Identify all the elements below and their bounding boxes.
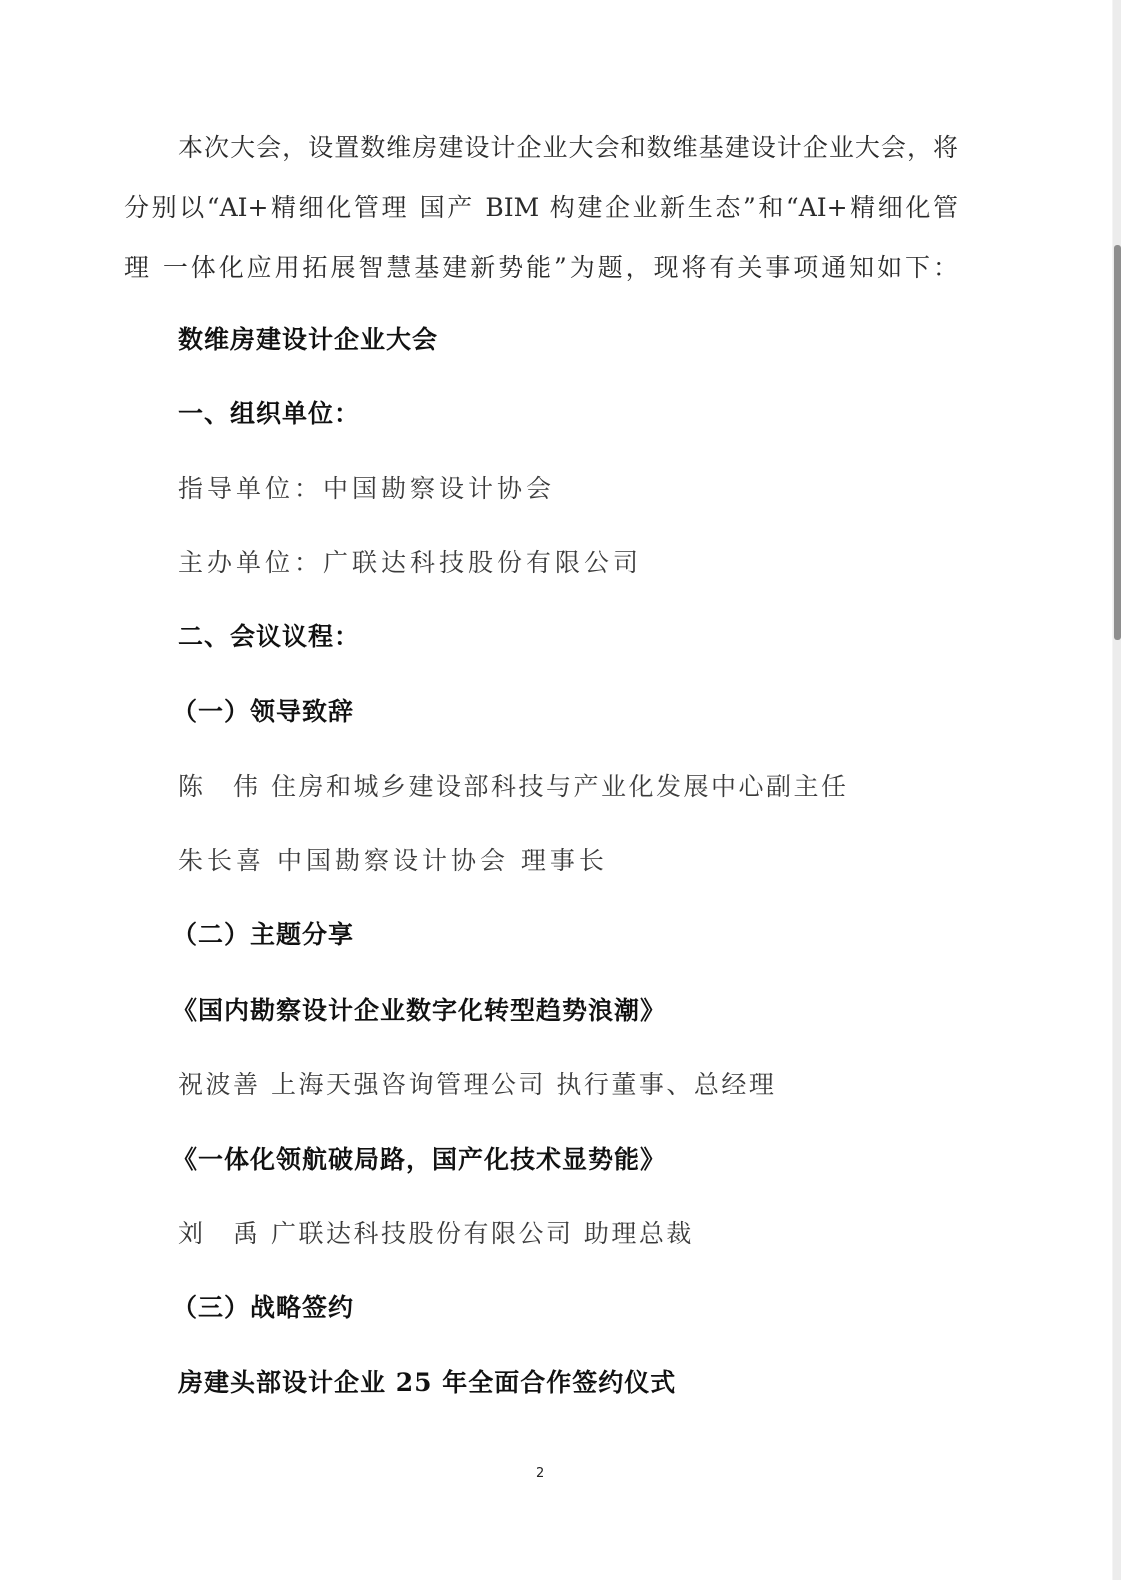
intro-paragraph-line-2: 分别以“AI+精细化管理 国产 BIM 构建企业新生态”和“AI+精细化管 xyxy=(124,193,958,223)
section-heading-organizers: 一、组织单位： xyxy=(178,399,360,429)
subsection-heading-leader-speeches: （一）领导致辞 xyxy=(172,697,354,727)
scrollbar-thumb[interactable] xyxy=(1114,245,1121,640)
vertical-scrollbar[interactable] xyxy=(1112,0,1121,1580)
subsection-heading-strategic-signing: （三）战略签约 xyxy=(172,1293,354,1323)
talk-speaker: 刘 禹 广联达科技股份有限公司 助理总裁 xyxy=(178,1219,694,1249)
talk-title: 《一体化领航破局路，国产化技术显势能》 xyxy=(172,1145,666,1175)
subsection-heading-keynotes: （二）主题分享 xyxy=(172,920,354,950)
speaker-line: 朱长喜 中国勘察设计协会 理事长 xyxy=(178,846,608,876)
guiding-unit: 指导单位：中国勘察设计协会 xyxy=(178,474,555,504)
signing-ceremony: 房建头部设计企业 25 年全面合作签约仪式 xyxy=(178,1368,676,1398)
host-unit: 主办单位：广联达科技股份有限公司 xyxy=(178,548,642,578)
conference-title: 数维房建设计企业大会 xyxy=(178,325,438,355)
page-number: 2 xyxy=(536,1466,544,1481)
talk-title: 《国内勘察设计企业数字化转型趋势浪潮》 xyxy=(172,996,666,1026)
section-heading-agenda: 二、会议议程： xyxy=(178,622,360,652)
intro-paragraph-line-1: 本次大会，设置数维房建设计企业大会和数维基建设计企业大会，将 xyxy=(178,133,958,163)
talk-speaker: 祝波善 上海天强咨询管理公司 执行董事、总经理 xyxy=(178,1070,776,1100)
document-page: 本次大会，设置数维房建设计企业大会和数维基建设计企业大会，将 分别以“AI+精细… xyxy=(0,0,1112,1580)
speaker-line: 陈 伟 住房和城乡建设部科技与产业化发展中心副主任 xyxy=(178,772,848,802)
intro-paragraph-line-3: 理 一体化应用拓展智慧基建新势能”为题，现将有关事项通知如下： xyxy=(124,253,958,283)
